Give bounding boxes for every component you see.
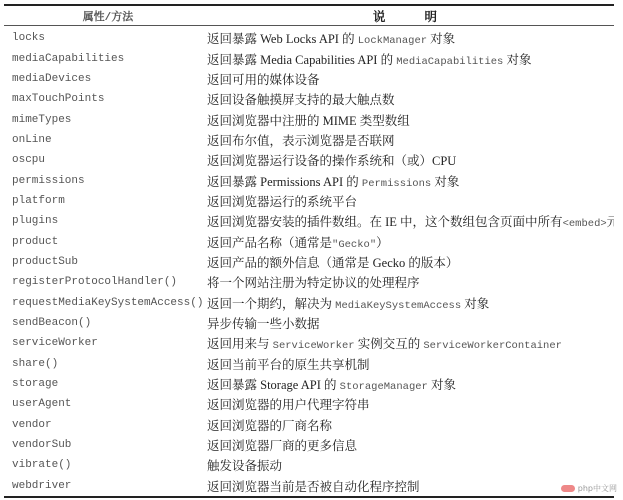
- header-description: 说 明: [204, 7, 614, 25]
- table-row: sendBeacon()异步传输一些小数据: [4, 313, 614, 333]
- property-name: storage: [4, 378, 207, 390]
- table-row: requestMediaKeySystemAccess()返回一个期约，解决为 …: [4, 292, 614, 312]
- property-description: 异步传输一些小数据: [207, 314, 614, 332]
- inline-code: MediaKeySystemAccess: [335, 300, 461, 312]
- property-name: vendorSub: [4, 439, 207, 451]
- property-description: 返回暴露 Permissions API 的 Permissions 对象: [207, 172, 614, 190]
- watermark-label: php中文网: [578, 483, 617, 494]
- table-body: locks返回暴露 Web Locks API 的 LockManager 对象…: [4, 28, 614, 496]
- property-description: 返回浏览器的用户代理字符串: [207, 395, 614, 413]
- property-description: 返回暴露 Web Locks API 的 LockManager 对象: [207, 29, 614, 47]
- table-row: vibrate()触发设备振动: [4, 455, 614, 475]
- property-description: 触发设备振动: [207, 456, 614, 474]
- inline-code: StorageManager: [340, 381, 428, 393]
- property-description: 返回产品的额外信息（通常是 Gecko 的版本）: [207, 253, 614, 271]
- property-description: 返回浏览器厂商的更多信息: [207, 436, 614, 454]
- property-name: serviceWorker: [4, 337, 207, 349]
- property-name: oscpu: [4, 154, 207, 166]
- table-row: mimeTypes返回浏览器中注册的 MIME 类型数组: [4, 109, 614, 129]
- property-name: maxTouchPoints: [4, 93, 207, 105]
- table-row: product返回产品名称（通常是"Gecko"）: [4, 231, 614, 251]
- property-name: onLine: [4, 134, 207, 146]
- property-name: share(): [4, 358, 207, 370]
- property-name: sendBeacon(): [4, 317, 207, 329]
- inline-code: Permissions: [362, 178, 431, 190]
- property-description: 返回布尔值，表示浏览器是否联网: [207, 131, 614, 149]
- property-name: productSub: [4, 256, 207, 268]
- inline-code: <embed>: [563, 218, 607, 230]
- table-row: serviceWorker返回用来与 ServiceWorker 实例交互的 S…: [4, 333, 614, 353]
- table-row: productSub返回产品的额外信息（通常是 Gecko 的版本）: [4, 252, 614, 272]
- table-row: permissions返回暴露 Permissions API 的 Permis…: [4, 170, 614, 190]
- property-name: plugins: [4, 215, 207, 227]
- property-description: 返回浏览器的厂商名称: [207, 416, 614, 434]
- inline-code: "Gecko": [332, 239, 376, 251]
- table-row: locks返回暴露 Web Locks API 的 LockManager 对象: [4, 28, 614, 48]
- property-description: 返回用来与 ServiceWorker 实例交互的 ServiceWorkerC…: [207, 334, 614, 352]
- property-description: 返回浏览器运行的系统平台: [207, 192, 614, 210]
- watermark-logo-icon: [561, 485, 575, 492]
- table-row: mediaCapabilities返回暴露 Media Capabilities…: [4, 48, 614, 68]
- property-description: 返回可用的媒体设备: [207, 70, 614, 88]
- inline-code: LockManager: [358, 35, 427, 47]
- property-name: requestMediaKeySystemAccess(): [4, 297, 207, 309]
- property-name: webdriver: [4, 480, 207, 492]
- property-name: permissions: [4, 175, 207, 187]
- property-name: vendor: [4, 419, 207, 431]
- table-row: oscpu返回浏览器运行设备的操作系统和（或）CPU: [4, 150, 614, 170]
- table-row: vendorSub返回浏览器厂商的更多信息: [4, 435, 614, 455]
- property-name: userAgent: [4, 398, 207, 410]
- property-name: vibrate(): [4, 459, 207, 471]
- table-row: plugins返回浏览器安装的插件数组。在 IE 中，这个数组包含页面中所有<e…: [4, 211, 614, 231]
- inline-code: ServiceWorker: [273, 340, 355, 352]
- table-header: 属性/方法 说 明: [4, 6, 614, 26]
- table-row: registerProtocolHandler()将一个网站注册为特定协议的处理…: [4, 272, 614, 292]
- property-description: 返回产品名称（通常是"Gecko"）: [207, 233, 614, 251]
- watermark: php中文网: [561, 483, 617, 494]
- property-name: registerProtocolHandler(): [4, 276, 207, 288]
- table-row: webdriver返回浏览器当前是否被自动化程序控制: [4, 476, 614, 496]
- property-name: mediaCapabilities: [4, 53, 207, 65]
- property-name: product: [4, 236, 207, 248]
- property-description: 返回当前平台的原生共享机制: [207, 355, 614, 373]
- table-row: maxTouchPoints返回设备触摸屏支持的最大触点数: [4, 89, 614, 109]
- navigator-properties-table: 属性/方法 说 明 locks返回暴露 Web Locks API 的 Lock…: [4, 4, 614, 498]
- property-description: 返回浏览器当前是否被自动化程序控制: [207, 477, 614, 495]
- table-row: onLine返回布尔值，表示浏览器是否联网: [4, 130, 614, 150]
- property-name: mimeTypes: [4, 114, 207, 126]
- table-row: userAgent返回浏览器的用户代理字符串: [4, 394, 614, 414]
- property-description: 返回浏览器中注册的 MIME 类型数组: [207, 111, 614, 129]
- property-description: 返回暴露 Media Capabilities API 的 MediaCapab…: [207, 50, 614, 68]
- property-description: 将一个网站注册为特定协议的处理程序: [207, 273, 614, 291]
- table-row: vendor返回浏览器的厂商名称: [4, 415, 614, 435]
- property-name: locks: [4, 32, 207, 44]
- property-description: 返回暴露 Storage API 的 StorageManager 对象: [207, 375, 614, 393]
- table-row: storage返回暴露 Storage API 的 StorageManager…: [4, 374, 614, 394]
- property-description: 返回浏览器运行设备的操作系统和（或）CPU: [207, 151, 614, 169]
- table-row: share()返回当前平台的原生共享机制: [4, 354, 614, 374]
- property-description: 返回设备触摸屏支持的最大触点数: [207, 90, 614, 108]
- table-row: platform返回浏览器运行的系统平台: [4, 191, 614, 211]
- property-name: mediaDevices: [4, 73, 207, 85]
- inline-code: MediaCapabilities: [396, 56, 503, 68]
- property-name: platform: [4, 195, 207, 207]
- inline-code: ServiceWorkerContainer: [423, 340, 562, 352]
- property-description: 返回浏览器安装的插件数组。在 IE 中，这个数组包含页面中所有<embed>元素: [207, 212, 614, 230]
- table-row: mediaDevices返回可用的媒体设备: [4, 69, 614, 89]
- property-description: 返回一个期约，解决为 MediaKeySystemAccess 对象: [207, 294, 614, 312]
- header-property-method: 属性/方法: [4, 8, 204, 24]
